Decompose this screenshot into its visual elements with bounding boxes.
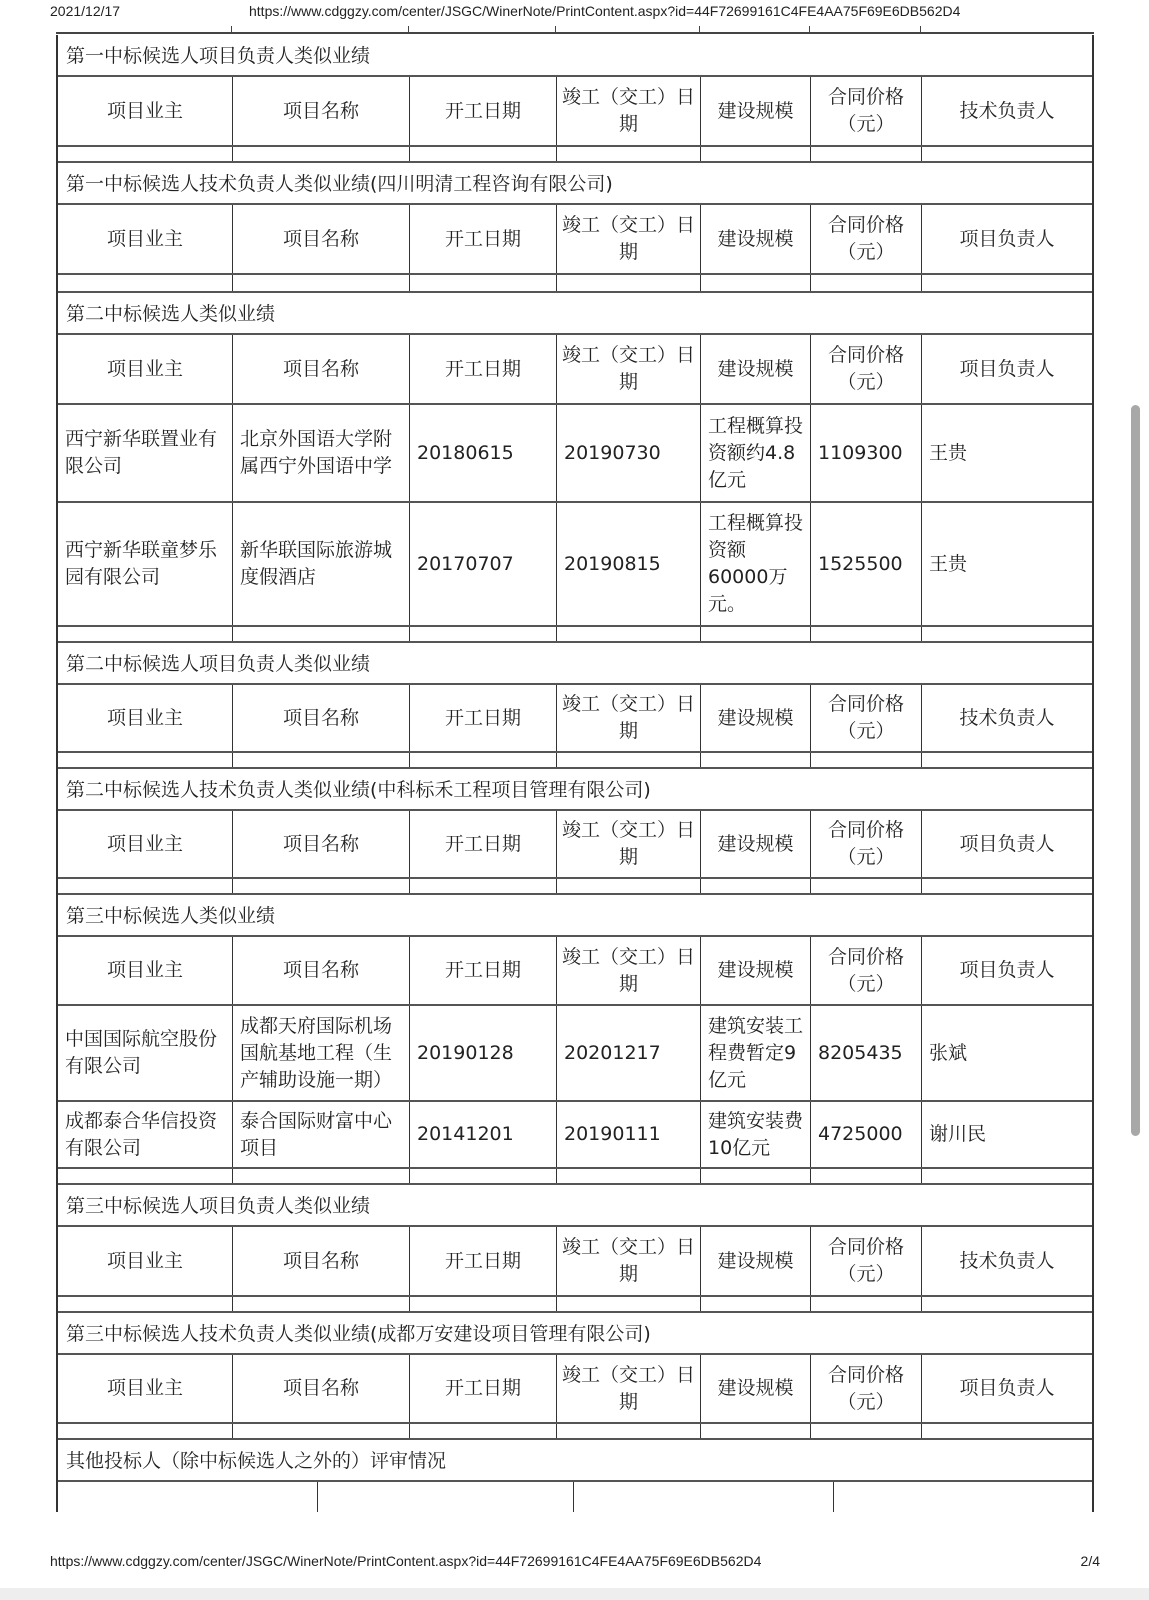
cell-owner: 中国国际航空股份有限公司 <box>58 1006 233 1100</box>
table-row: 西宁新华联置业有限公司 北京外国语大学附属西宁外国语中学 20180615 20… <box>58 405 1092 503</box>
col-start-date: 开工日期 <box>410 1227 557 1295</box>
cell-end-date: 20190730 <box>557 405 701 501</box>
col-scale: 建设规模 <box>701 811 811 877</box>
cell-price: 4725000 <box>811 1102 922 1167</box>
cell-end-date: 20190111 <box>557 1102 701 1167</box>
table-header-row: 项目业主 项目名称 开工日期 竣工（交工）日期 建设规模 合同价格（元） 技术负… <box>58 77 1092 147</box>
cell-manager: 谢川民 <box>922 1102 1092 1167</box>
section-title: 第三中标候选人类似业绩 <box>58 895 1092 937</box>
col-project-name: 项目名称 <box>233 335 410 403</box>
col-owner: 项目业主 <box>58 205 233 273</box>
col-lead: 项目负责人 <box>922 335 1092 403</box>
col-start-date: 开工日期 <box>410 335 557 403</box>
cell-price: 1109300 <box>811 405 922 501</box>
table-header-row: 项目业主 项目名称 开工日期 竣工（交工）日期 建设规模 合同价格（元） 项目负… <box>58 335 1092 405</box>
table-header-row: 项目业主 项目名称 开工日期 竣工（交工）日期 建设规模 合同价格（元） 项目负… <box>58 1355 1092 1424</box>
table-empty-row <box>58 147 1092 163</box>
col-owner: 项目业主 <box>58 811 233 877</box>
cell-owner: 西宁新华联置业有限公司 <box>58 405 233 501</box>
col-end-date: 竣工（交工）日期 <box>557 335 701 403</box>
col-scale: 建设规模 <box>701 335 811 403</box>
table-empty-row <box>58 1424 1092 1440</box>
cell-project-name: 北京外国语大学附属西宁外国语中学 <box>233 405 410 501</box>
col-scale: 建设规模 <box>701 77 811 145</box>
col-project-name: 项目名称 <box>233 937 410 1004</box>
col-lead: 技术负责人 <box>922 685 1092 751</box>
col-scale: 建设规模 <box>701 1355 811 1422</box>
col-end-date: 竣工（交工）日期 <box>557 77 701 145</box>
cell-scale: 建筑安装费10亿元 <box>701 1102 811 1167</box>
col-end-date: 竣工（交工）日期 <box>557 1227 701 1295</box>
cell-project-name: 成都天府国际机场国航基地工程（生产辅助设施一期） <box>233 1006 410 1100</box>
col-owner: 项目业主 <box>58 1355 233 1422</box>
section-title: 第三中标候选人项目负责人类似业绩 <box>58 1185 1092 1227</box>
cell-manager: 张斌 <box>922 1006 1092 1100</box>
col-owner: 项目业主 <box>58 937 233 1004</box>
section-title: 第二中标候选人技术负责人类似业绩(中科标禾工程项目管理有限公司) <box>58 769 1092 811</box>
table-header-row: 项目业主 项目名称 开工日期 竣工（交工）日期 建设规模 合同价格（元） 项目负… <box>58 811 1092 879</box>
cell-owner: 成都泰合华信投资有限公司 <box>58 1102 233 1167</box>
cell-start-date: 20180615 <box>410 405 557 501</box>
col-project-name: 项目名称 <box>233 1227 410 1295</box>
table-empty-row <box>58 1297 1092 1313</box>
table-empty-row <box>58 879 1092 895</box>
print-footer-url: https://www.cdggzy.com/center/JSGC/Winer… <box>50 1553 761 1569</box>
col-price: 合同价格（元） <box>811 1355 922 1422</box>
col-lead: 技术负责人 <box>922 1227 1092 1295</box>
section-title: 第二中标候选人类似业绩 <box>58 293 1092 335</box>
col-owner: 项目业主 <box>58 685 233 751</box>
section-second-candidate-tech: 第二中标候选人技术负责人类似业绩(中科标禾工程项目管理有限公司) 项目业主 项目… <box>56 769 1094 895</box>
col-end-date: 竣工（交工）日期 <box>557 685 701 751</box>
col-end-date: 竣工（交工）日期 <box>557 811 701 877</box>
table-row: 成都泰合华信投资有限公司 泰合国际财富中心项目 20141201 2019011… <box>58 1102 1092 1169</box>
col-lead: 技术负责人 <box>922 77 1092 145</box>
col-lead: 项目负责人 <box>922 205 1092 273</box>
col-scale: 建设规模 <box>701 1227 811 1295</box>
col-owner: 项目业主 <box>58 77 233 145</box>
cell-scale: 工程概算投资额约4.8亿元 <box>701 405 811 501</box>
col-project-name: 项目名称 <box>233 685 410 751</box>
section-first-candidate-pm: 第一中标候选人项目负责人类似业绩 项目业主 项目名称 开工日期 竣工（交工）日期… <box>56 35 1094 163</box>
cell-project-name: 新华联国际旅游城度假酒店 <box>233 503 410 625</box>
section-third-candidate-pm: 第三中标候选人项目负责人类似业绩 项目业主 项目名称 开工日期 竣工（交工）日期… <box>56 1185 1094 1313</box>
print-url: https://www.cdggzy.com/center/JSGC/Winer… <box>249 3 960 19</box>
col-project-name: 项目名称 <box>233 205 410 273</box>
col-start-date: 开工日期 <box>410 205 557 273</box>
cell-manager: 王贵 <box>922 503 1092 625</box>
section-first-candidate-tech: 第一中标候选人技术负责人类似业绩(四川明清工程咨询有限公司) 项目业主 项目名称… <box>56 163 1094 293</box>
col-project-name: 项目名称 <box>233 811 410 877</box>
table-header-row: 项目业主 项目名称 开工日期 竣工（交工）日期 建设规模 合同价格（元） 项目负… <box>58 205 1092 275</box>
table-header-row: 项目业主 项目名称 开工日期 竣工（交工）日期 建设规模 合同价格（元） 技术负… <box>58 685 1092 753</box>
table-row: 西宁新华联童梦乐园有限公司 新华联国际旅游城度假酒店 20170707 2019… <box>58 503 1092 627</box>
col-start-date: 开工日期 <box>410 1355 557 1422</box>
table-continuation-border <box>56 32 1094 35</box>
table-row-partial <box>58 1482 1092 1512</box>
cell-scale: 工程概算投资额60000万元。 <box>701 503 811 625</box>
cell-owner: 西宁新华联童梦乐园有限公司 <box>58 503 233 625</box>
section-title: 第一中标候选人项目负责人类似业绩 <box>58 35 1092 77</box>
cell-price: 8205435 <box>811 1006 922 1100</box>
col-owner: 项目业主 <box>58 1227 233 1295</box>
cell-start-date: 20141201 <box>410 1102 557 1167</box>
col-lead: 项目负责人 <box>922 1355 1092 1422</box>
cell-end-date: 20201217 <box>557 1006 701 1100</box>
col-start-date: 开工日期 <box>410 685 557 751</box>
cell-start-date: 20170707 <box>410 503 557 625</box>
print-header: 2021/12/17 https://www.cdggzy.com/center… <box>50 3 1089 23</box>
section-title: 第一中标候选人技术负责人类似业绩(四川明清工程咨询有限公司) <box>58 163 1092 205</box>
col-start-date: 开工日期 <box>410 937 557 1004</box>
col-price: 合同价格（元） <box>811 205 922 273</box>
col-price: 合同价格（元） <box>811 811 922 877</box>
col-price: 合同价格（元） <box>811 937 922 1004</box>
col-project-name: 项目名称 <box>233 1355 410 1422</box>
table-header-row: 项目业主 项目名称 开工日期 竣工（交工）日期 建设规模 合同价格（元） 项目负… <box>58 937 1092 1006</box>
col-end-date: 竣工（交工）日期 <box>557 937 701 1004</box>
cell-price: 1525500 <box>811 503 922 625</box>
print-footer: https://www.cdggzy.com/center/JSGC/Winer… <box>50 1553 1100 1573</box>
col-project-name: 项目名称 <box>233 77 410 145</box>
col-price: 合同价格（元） <box>811 1227 922 1295</box>
section-second-candidate: 第二中标候选人类似业绩 项目业主 项目名称 开工日期 竣工（交工）日期 建设规模… <box>56 293 1094 643</box>
section-title: 其他投标人（除中标候选人之外的）评审情况 <box>58 1440 1092 1482</box>
col-start-date: 开工日期 <box>410 811 557 877</box>
cell-scale: 建筑安装工程费暂定9亿元 <box>701 1006 811 1100</box>
cell-start-date: 20190128 <box>410 1006 557 1100</box>
section-title: 第三中标候选人技术负责人类似业绩(成都万安建设项目管理有限公司) <box>58 1313 1092 1355</box>
col-price: 合同价格（元） <box>811 335 922 403</box>
col-start-date: 开工日期 <box>410 77 557 145</box>
performance-document: 第一中标候选人项目负责人类似业绩 项目业主 项目名称 开工日期 竣工（交工）日期… <box>56 32 1094 1512</box>
col-end-date: 竣工（交工）日期 <box>557 205 701 273</box>
table-empty-row <box>58 753 1092 769</box>
cell-manager: 王贵 <box>922 405 1092 501</box>
col-owner: 项目业主 <box>58 335 233 403</box>
cell-end-date: 20190815 <box>557 503 701 625</box>
vertical-scrollbar-thumb[interactable] <box>1131 405 1140 1136</box>
col-scale: 建设规模 <box>701 205 811 273</box>
table-empty-row <box>58 1169 1092 1185</box>
table-header-row: 项目业主 项目名称 开工日期 竣工（交工）日期 建设规模 合同价格（元） 技术负… <box>58 1227 1092 1297</box>
col-lead: 项目负责人 <box>922 937 1092 1004</box>
section-second-candidate-pm: 第二中标候选人项目负责人类似业绩 项目业主 项目名称 开工日期 竣工（交工）日期… <box>56 643 1094 769</box>
page-number: 2/4 <box>1081 1553 1100 1569</box>
col-price: 合同价格（元） <box>811 77 922 145</box>
print-date: 2021/12/17 <box>50 3 120 19</box>
table-row: 中国国际航空股份有限公司 成都天府国际机场国航基地工程（生产辅助设施一期） 20… <box>58 1006 1092 1102</box>
col-lead: 项目负责人 <box>922 811 1092 877</box>
print-page: 2021/12/17 https://www.cdggzy.com/center… <box>0 0 1149 1588</box>
section-third-candidate-tech: 第三中标候选人技术负责人类似业绩(成都万安建设项目管理有限公司) 项目业主 项目… <box>56 1313 1094 1440</box>
col-scale: 建设规模 <box>701 685 811 751</box>
col-scale: 建设规模 <box>701 937 811 1004</box>
section-other-bidders: 其他投标人（除中标候选人之外的）评审情况 <box>56 1440 1094 1512</box>
section-third-candidate: 第三中标候选人类似业绩 项目业主 项目名称 开工日期 竣工（交工）日期 建设规模… <box>56 895 1094 1185</box>
col-price: 合同价格（元） <box>811 685 922 751</box>
page-bottom-edge <box>0 1588 1149 1600</box>
section-title: 第二中标候选人项目负责人类似业绩 <box>58 643 1092 685</box>
table-empty-row <box>58 627 1092 643</box>
cell-project-name: 泰合国际财富中心项目 <box>233 1102 410 1167</box>
table-empty-row <box>58 275 1092 293</box>
col-end-date: 竣工（交工）日期 <box>557 1355 701 1422</box>
